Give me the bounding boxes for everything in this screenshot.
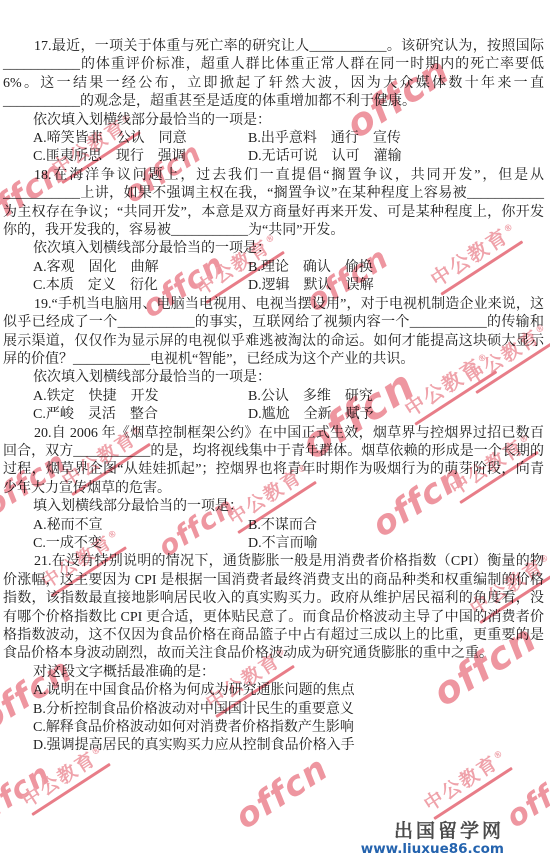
option: C.匪夷所思 现行 强调 bbox=[33, 148, 248, 166]
question-prompt: 对这段文字概括最准确的是： bbox=[3, 664, 544, 682]
site-logo-text: 出国留学网 bbox=[361, 820, 504, 842]
option: B.理论 确认 偷换 bbox=[248, 259, 544, 277]
option: A.说明在中国食品价格为何成为研究通胀问题的焦点 bbox=[3, 682, 544, 700]
option: D.尴尬 全新 赋予 bbox=[248, 406, 544, 424]
options-row: A.铁定 快捷 开发 B.公认 多维 研究 bbox=[3, 388, 544, 406]
option: C.解释食品价格波动如何对消费者价格指数产生影响 bbox=[3, 719, 544, 737]
options-row: A.秘而不宣 B.不谋而合 bbox=[3, 517, 544, 535]
option: D.不言而喻 bbox=[248, 535, 544, 553]
question-17: 17.最近，一项关于体重与死亡率的研究让人___________。该研究认为，按… bbox=[3, 38, 544, 167]
watermark-underline bbox=[433, 767, 513, 820]
question-20: 20.自 2006 年《烟草控制框架公约》在中国正式生效，烟草界与控烟界过招已数… bbox=[3, 425, 544, 554]
option: A.啼笑皆非 公认 同意 bbox=[33, 130, 248, 148]
question-stem: 21.在没有特别说明的情况下，通货膨胀一般是用消费者价格指数（CPI）衡量的物价… bbox=[3, 553, 544, 663]
option: A.秘而不宣 bbox=[33, 517, 248, 535]
option: D.无话可说 认可 灌输 bbox=[248, 148, 544, 166]
offcn-watermark: offcn bbox=[500, 757, 550, 836]
option: C.严峻 灵活 整合 bbox=[33, 406, 248, 424]
question-prompt: 依次填入划横线部分最恰当的一项是： bbox=[3, 369, 544, 387]
option: B.出乎意料 通行 宣传 bbox=[248, 130, 544, 148]
question-21: 21.在没有特别说明的情况下，通货膨胀一般是用消费者价格指数（CPI）衡量的物价… bbox=[3, 553, 544, 755]
option: A.客观 固化 曲解 bbox=[33, 259, 248, 277]
option: B.分析控制食品价格波动对中国国计民生的重要意义 bbox=[3, 701, 544, 719]
question-19: 19.“手机当电脑用、电脑当电视用、电视当摆设用”，对于电视机制造企业来说，这似… bbox=[3, 296, 544, 425]
question-prompt: 依次填入划横线部分最恰当的一项是： bbox=[3, 112, 544, 130]
site-url-link[interactable]: www.liuxue86.com bbox=[361, 842, 504, 857]
site-footer: 出国留学网 www.liuxue86.com bbox=[361, 820, 504, 857]
watermark-text: 中公教育 bbox=[18, 748, 100, 812]
watermark-text: 中公教育 bbox=[420, 752, 502, 816]
options-row: C.匪夷所思 现行 强调 D.无话可说 认可 灌输 bbox=[3, 148, 544, 166]
watermark-text: offcn bbox=[0, 757, 57, 836]
question-stem: 20.自 2006 年《烟草控制框架公约》在中国正式生效，烟草界与控烟界过招已数… bbox=[3, 425, 544, 499]
options-row: C.严峻 灵活 整合 D.尴尬 全新 赋予 bbox=[3, 406, 544, 424]
watermark-text: offcn bbox=[228, 748, 336, 837]
option: B.公认 多维 研究 bbox=[248, 388, 544, 406]
option: D.逻辑 默认 误解 bbox=[248, 277, 544, 295]
option: A.铁定 快捷 开发 bbox=[33, 388, 248, 406]
option: B.不谋而合 bbox=[248, 517, 544, 535]
option: D.强调提高居民的真实购买力应从控制食品价格入手 bbox=[3, 737, 544, 755]
offcn-watermark: offcn bbox=[0, 757, 57, 836]
question-stem: 19.“手机当电脑用、电脑当电视用、电视当摆设用”，对于电视机制造企业来说，这似… bbox=[3, 296, 544, 370]
exam-text-column: 17.最近，一项关于体重与死亡率的研究让人___________。该研究认为，按… bbox=[3, 38, 544, 756]
question-prompt: 依次填入划横线部分最恰当的一项是： bbox=[3, 240, 544, 258]
watermark-underline bbox=[31, 763, 111, 816]
watermark-text: offcn bbox=[500, 757, 550, 836]
offcn-watermark: offcn bbox=[228, 748, 336, 837]
options-row: C.一成不变 D.不言而喻 bbox=[3, 535, 544, 553]
options-row: A.客观 固化 曲解 B.理论 确认 偷换 bbox=[3, 259, 544, 277]
option: C.一成不变 bbox=[33, 535, 248, 553]
question-prompt: 填入划横线部分最恰当的一项是： bbox=[3, 498, 544, 516]
exam-page-scan: { "watermark": { "script_text": "offcn",… bbox=[0, 0, 550, 866]
question-stem: 17.最近，一项关于体重与死亡率的研究让人___________。该研究认为，按… bbox=[3, 38, 544, 112]
question-stem: 18.在海洋争议问题上，过去我们一直提倡“搁置争议，共同开发”，但是从_____… bbox=[3, 167, 544, 241]
options-row: C.本质 定义 衍化 D.逻辑 默认 误解 bbox=[3, 277, 544, 295]
question-18: 18.在海洋争议问题上，过去我们一直提倡“搁置争议，共同开发”，但是从_____… bbox=[3, 167, 544, 296]
option: C.本质 定义 衍化 bbox=[33, 277, 248, 295]
options-row: A.啼笑皆非 公认 同意 B.出乎意料 通行 宣传 bbox=[3, 130, 544, 148]
